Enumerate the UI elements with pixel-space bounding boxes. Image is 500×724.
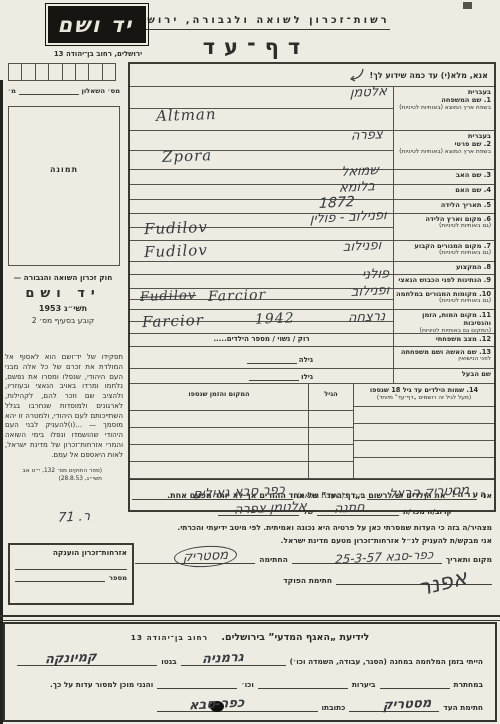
handwritten-first-name-hebrew: צפרה xyxy=(351,127,383,144)
handwritten-birth-place-latin: Fudilov xyxy=(144,218,208,238)
relation-line: קרוב/ה מכר/ת חתנה של אלטמן צפרה xyxy=(132,505,492,516)
underground-forests-line: במחתרת ביערות וכו׳ והנני מוכן למסור עדות… xyxy=(17,679,483,689)
field-title: המקצוע xyxy=(456,263,481,271)
children-empty-cell xyxy=(130,428,308,445)
code-box xyxy=(89,64,102,80)
children-age-column: הגיל xyxy=(308,384,353,478)
children-title-note: (מעל לגיל זה רושמים „דף־עד” מיוחד) xyxy=(354,395,494,403)
field-content: ופנילוב Fudilov Farcior xyxy=(130,289,393,309)
signature-blank: מסטריק xyxy=(135,553,255,564)
children-empty-cell xyxy=(130,411,308,428)
handwritten-deceased-name: אלטמן צפרה xyxy=(234,499,307,518)
his-age-blank xyxy=(249,373,299,381)
field-content: אלטמן Altman xyxy=(130,87,393,130)
field-marital-status: 12. מצב משפחתי רוק / נשוי / מספר הילדים.… xyxy=(130,334,494,347)
field-label: בעברית 2. שם פרטי בשפת ארץ המוצא (באותיו… xyxy=(393,131,494,169)
her-age-label: גילה xyxy=(299,356,313,364)
field-sublabel: (גם באותיות לטיניות) xyxy=(395,298,491,305)
field-label: 7. מקום המגורים הקבוע (גם באותיות לטיניו… xyxy=(393,241,494,261)
field-husband-name: שם הבעל גילו xyxy=(130,369,494,384)
i-label: אני xyxy=(481,491,492,500)
memorial-citizenship-box: אזרחות־זכרון הוענקה מספר xyxy=(8,543,134,605)
handwritten-family-name-hebrew: אלטמן xyxy=(350,84,388,101)
field-title: שם הבעל xyxy=(462,370,491,378)
field-number: 8. xyxy=(484,263,491,271)
field-number: 12. xyxy=(479,335,491,343)
clerk-signature-line: אפנר חתימת הפוקד xyxy=(283,574,492,585)
field-label: 9. הנתינות לפני הכבוש הנאצי xyxy=(393,275,494,288)
children-empty-cell xyxy=(309,411,353,428)
children-table: 14. שמות הילדים עד גיל 18 שנספו (מעל לגי… xyxy=(130,384,494,479)
children-empty-cell xyxy=(354,458,494,474)
camp-label: הייתי בזמן המלחמה במחנה (הסגר, עבודה, הש… xyxy=(290,657,483,666)
camp-blank: גרמניה xyxy=(181,656,286,666)
handwritten-witness-signature: מסטריק xyxy=(174,544,238,568)
main-form-table: אנא, מלא(י) עד כמה שידוע לך! בעברית 1. ש… xyxy=(128,62,496,512)
handwritten-bottom-signature: מסטריק xyxy=(383,696,432,714)
field-number: 9. xyxy=(484,276,491,284)
field-wartime-residence: 10. מקומות המגורים במלחמה (גם באותיות לט… xyxy=(130,289,494,310)
handwritten-bottom-address: כפר-סבא xyxy=(189,696,245,714)
her-age-row: גילה xyxy=(247,356,313,364)
testify-label: והנני מוכן למסור עדות על כך. xyxy=(50,680,153,689)
handwritten-father-name: שמואל xyxy=(341,163,379,180)
code-box xyxy=(9,64,22,80)
handwritten-witness-name: מסטריק הרצל xyxy=(388,483,469,502)
handwritten-mother-name: בלומא xyxy=(339,179,376,196)
questionnaire-number-suffix: מ׳ xyxy=(8,87,16,95)
curved-arrow-icon xyxy=(349,68,365,82)
field-content: גילה xyxy=(130,347,393,368)
marital-options: רוק / נשוי / מספר הילדים..... xyxy=(213,335,309,343)
law-clause: קובע בסעיף מס׳ 2 xyxy=(5,316,121,326)
authority-line: רשות־זכרון לשואה ולגבורה, ירושלים xyxy=(122,15,389,30)
form-title: דף־עד xyxy=(122,35,390,59)
code-box xyxy=(49,64,62,80)
section-divider xyxy=(0,615,500,621)
field-sublabel: בשפת ארץ המוצא (באותיות לטיניות) xyxy=(395,105,491,112)
children-place-header: המקום והזמן שנספו xyxy=(130,384,308,411)
field-label: בעברית 1. שם המשפחה בשפת ארץ המוצא (באות… xyxy=(393,87,494,130)
children-empty-cell xyxy=(130,445,308,462)
field-number: 3. xyxy=(484,171,491,179)
scientific-branch-header: לידיעת „האגף המדעי” בירושלים. רחוב בן־יה… xyxy=(17,632,483,643)
handwritten-residence-latin: Fudilov xyxy=(144,241,208,261)
field-family-name: בעברית 1. שם המשפחה בשפת ארץ המוצא (באות… xyxy=(130,87,494,131)
camp-ghetto-line: הייתי בזמן המלחמה במחנה (הסגר, עבודה, הש… xyxy=(17,656,483,666)
field-label: 12. מצב משפחתי xyxy=(393,334,494,346)
declaration-text: מצהיר/ה בזה כי העדות שמסרתי כאן על פרטיה… xyxy=(132,523,492,532)
field-content: ופנילוב - פולין Fudilov xyxy=(130,214,393,240)
field-title: מקום המגורים הקבוע xyxy=(414,242,481,250)
field-title: מצב משפחתי xyxy=(436,335,477,343)
field-title: הנתינות לפני הכבוש הנאצי xyxy=(398,276,481,284)
field-number: 2. xyxy=(484,140,491,148)
children-empty-cell xyxy=(354,424,494,441)
handwritten-relation: חתנה xyxy=(333,500,364,517)
field-label: 11. מקום המות, הזמן והנסיבות (המקום גם ב… xyxy=(393,310,494,333)
field-label: 3. שם האב xyxy=(393,170,494,184)
field-label: 4. שם האם xyxy=(393,185,494,199)
field-label: 8. המקצוע xyxy=(393,262,494,274)
deceased-name-blank: אלטמן צפרה xyxy=(218,505,300,516)
field-label: 10. מקומות המגורים במלחמה (גם באותיות לט… xyxy=(393,289,494,309)
children-place-column: המקום והזמן שנספו xyxy=(130,384,308,478)
place-date-label: מקום ותאריך xyxy=(446,555,492,564)
memorial-citizenship-number-row: מספר xyxy=(15,573,127,582)
field-content: Farcior 1942 נרצחה xyxy=(130,310,393,333)
field-label: 13. שם האשה ושם משפחתה לפני הנישואין xyxy=(393,347,494,368)
witness-declaration: אני מסטריק הרצל הגר ב(כתובת מלאה) כפר סב… xyxy=(132,489,492,590)
field-mother-name: 4. שם האם בלומא xyxy=(130,185,494,200)
memorial-citizenship-blank xyxy=(15,557,127,570)
in-hebrew-label: בעברית xyxy=(395,88,491,96)
underground-label: במחתרת xyxy=(454,680,483,689)
field-title: שם האב xyxy=(456,171,482,179)
code-box xyxy=(36,64,49,80)
her-age-blank xyxy=(247,356,297,364)
office-code-boxes xyxy=(8,63,116,81)
his-age-label: גילו xyxy=(301,373,313,381)
children-empty-cell xyxy=(309,428,353,445)
field-content: רוק / נשוי / מספר הילדים..... xyxy=(130,334,393,346)
scientific-branch-title: לידיעת „האגף המדעי” בירושלים. xyxy=(221,632,369,643)
instruction-row: אנא, מלא(י) עד כמה שידוע לך! xyxy=(130,64,494,87)
children-empty-cell xyxy=(354,407,494,424)
code-box xyxy=(63,64,76,80)
handwritten-wartime-place-struck: Fudilov xyxy=(140,288,197,305)
field-birth-place: 6. מקום וארץ הלידה (גם באותיות לטיניות) … xyxy=(130,214,494,241)
field-label: שם הבעל xyxy=(393,369,494,383)
scan-corner-artifact xyxy=(463,2,472,9)
handwritten-death-place-latin: Farcior xyxy=(142,311,204,331)
field-title: שם האם xyxy=(455,186,481,194)
field-wife-name: 13. שם האשה ושם משפחתה לפני הנישואין גיל… xyxy=(130,347,494,369)
memorial-citizenship-title: אזרחות־זכרון הוענקה xyxy=(15,548,127,557)
relation-label: קרוב/ה מכר/ת xyxy=(403,507,452,516)
field-number: 5. xyxy=(484,201,491,209)
field-number: 10. xyxy=(479,290,491,298)
field-sublabel: בשפת ארץ המוצא (באותיות לטיניות) xyxy=(395,149,491,156)
handwritten-wartime-place-hebrew: ופנילוב xyxy=(350,283,389,300)
field-title: שם פרטי xyxy=(454,140,481,148)
field-label: 6. מקום וארץ הלידה (גם באותיות לטיניות) xyxy=(393,214,494,240)
children-empty-cell xyxy=(309,445,353,462)
children-title-column: 14. שמות הילדים עד גיל 18 שנספו (מעל לגי… xyxy=(353,384,494,478)
number-blank xyxy=(15,573,105,582)
law-intro: חוק זכרון השואה והגבורה — xyxy=(5,273,121,283)
daf-ed-testimony-form: רשות־זכרון לשואה ולגבורה, ירושלים דף־עד … xyxy=(0,0,500,724)
number-label: מספר xyxy=(109,574,127,582)
questionnaire-number-row: מס׳ השאלון מ׳ xyxy=(8,86,120,95)
bottom-address-blank: כפר-סבא xyxy=(157,702,318,712)
field-citizenship: 9. הנתינות לפני הכבוש הנאצי פולני xyxy=(130,275,494,289)
field-sublabel: (גם באותיות לטיניות) xyxy=(395,223,491,230)
children-age-header: הגיל xyxy=(309,384,353,411)
bottom-witness-signature-label: חתימת העד xyxy=(443,703,483,712)
law-reference: (ספר החוקים מס׳ 132, י״ט אב תשי״ג, 28.8.… xyxy=(10,468,102,483)
field-title: מקום וארץ הלידה xyxy=(425,215,481,223)
handwritten-residence-hebrew: ופנילוב xyxy=(342,238,381,255)
field-number: 13. xyxy=(479,348,491,356)
children-title: 14. שמות הילדים עד גיל 18 שנספו xyxy=(354,386,494,395)
etc-label: וכו׳ xyxy=(241,680,254,689)
fill-instruction: אנא, מלא(י) עד כמה שידוע לך! xyxy=(369,71,488,80)
handwritten-first-name-latin: Zpora xyxy=(162,146,213,166)
field-number: 6. xyxy=(484,215,491,223)
handwritten-place-date: כפר-סבא 25-3-57 xyxy=(335,547,434,566)
questionnaire-number-blank xyxy=(19,86,79,95)
children-title-cell: 14. שמות הילדים עד גיל 18 שנספו (מעל לגי… xyxy=(354,384,494,407)
forests-label: ביערות xyxy=(352,680,376,689)
field-permanent-residence: 7. מקום המגורים הקבוע (גם באותיות לטיניו… xyxy=(130,241,494,262)
children-empty-cell xyxy=(130,462,308,478)
underground-blank xyxy=(380,679,450,689)
handwritten-family-name-latin: Altman xyxy=(156,105,217,125)
bottom-signature-line: חתימת העד מסטריק כתובתו כפר-סבא xyxy=(157,702,483,712)
clerk-signature-blank: אפנר xyxy=(336,574,492,585)
field-father-name: 3. שם האב שמואל xyxy=(130,170,494,185)
field-number: 4. xyxy=(484,186,491,194)
ghetto-blank: קמיונקה xyxy=(17,656,157,666)
witness-identity-line: אני מסטריק הרצל הגר ב(כתובת מלאה) כפר סב… xyxy=(132,489,492,500)
office-address: ירושלים, רחוב בן־יהודה 13 xyxy=(40,50,156,58)
field-number: 11. xyxy=(479,311,491,319)
field-title: שם המשפחה xyxy=(441,96,481,104)
handwritten-death-year: 1942 xyxy=(255,310,295,327)
code-box xyxy=(103,64,115,80)
photo-label: תמונה xyxy=(9,165,119,174)
his-age-row: גילו xyxy=(249,373,313,381)
handwritten-death-circumstance: נרצחה xyxy=(347,309,385,326)
photo-box: תמונה xyxy=(8,106,120,266)
field-content: גילו xyxy=(130,369,393,383)
handwritten-ghetto: קמיונקה xyxy=(45,650,97,668)
field-sublabel: לפני הנישואין xyxy=(395,356,491,363)
field-title: תאריך הלידה xyxy=(441,201,482,209)
relation-blank: חתנה xyxy=(317,505,399,516)
place-date-signature-line: מקום ותאריך כפר-סבא 25-3-57 החתימה מסטרי… xyxy=(132,553,492,564)
yad-vashem-logo-text: יד ושם xyxy=(57,13,138,37)
bottom-address-label: כתובתו xyxy=(322,703,346,712)
law-paragraph: תפקידו של יד־ושם הוא לאסוף אל המולדת את … xyxy=(5,352,123,460)
scientific-branch-section: לידיעת „האגף המדעי” בירושלים. רחוב בן־יה… xyxy=(3,622,497,722)
law-year: תשי״ג 1953 xyxy=(5,304,121,315)
handwritten-address-overflow: ר. 71 xyxy=(58,509,91,526)
children-empty-cell xyxy=(309,462,353,478)
handwritten-wartime-place-latin: Farcior xyxy=(208,287,267,305)
place-date-blank: כפר-סבא 25-3-57 xyxy=(292,553,442,564)
field-number: 1. xyxy=(484,96,491,104)
law-heading: חוק זכרון השואה והגבורה — יד ושם תשי״ג 1… xyxy=(5,273,121,327)
etc-blank xyxy=(157,679,237,689)
field-sublabel: (גם באותיות לטיניות) xyxy=(395,250,491,257)
signature-label: החתימה xyxy=(259,555,288,564)
ghetto-label: בגטו xyxy=(161,657,176,666)
code-box xyxy=(22,64,35,80)
handwritten-camp: גרמניה xyxy=(201,650,243,667)
handwritten-clerk-signature: אפנר xyxy=(416,565,470,601)
handwritten-citizenship: פולני xyxy=(361,266,389,282)
field-profession: 8. המקצוע xyxy=(130,262,494,275)
field-content xyxy=(130,262,393,274)
witness-address-blank: כפר סבא גאולים xyxy=(132,489,293,500)
field-title: שם האשה ושם משפחתה xyxy=(401,348,477,356)
children-empty-cell xyxy=(354,441,494,458)
in-hebrew-label: בעברית xyxy=(395,132,491,140)
bottom-witness-signature-blank: מסטריק xyxy=(349,702,439,712)
law-name: יד ושם xyxy=(5,285,121,303)
field-label: 5. תאריך הלידה xyxy=(393,200,494,213)
field-content: ופנילוב Fudilov xyxy=(130,241,393,261)
yad-vashem-logo: יד ושם xyxy=(48,6,146,43)
field-death-place: 11. מקום המות, הזמן והנסיבות (המקום גם ב… xyxy=(130,310,494,334)
field-title: מקומות המגורים במלחמה xyxy=(396,290,477,298)
witness-name-blank: מסטריק הרצל xyxy=(367,489,477,500)
clerk-signature-label: חתימת הפוקד xyxy=(283,576,332,585)
citizenship-request-text: אני מבקש/ת להעניק לנ״ל אזרחות־זכרון מטעם… xyxy=(132,536,492,545)
field-first-name: בעברית 2. שם פרטי בשפת ארץ המוצא (באותיו… xyxy=(130,131,494,170)
code-box xyxy=(76,64,89,80)
questionnaire-number-label: מס׳ השאלון xyxy=(82,87,120,95)
scientific-branch-address: רחוב בן־יהודה 13 xyxy=(131,633,208,642)
field-number: 7. xyxy=(484,242,491,250)
forests-blank xyxy=(258,679,348,689)
